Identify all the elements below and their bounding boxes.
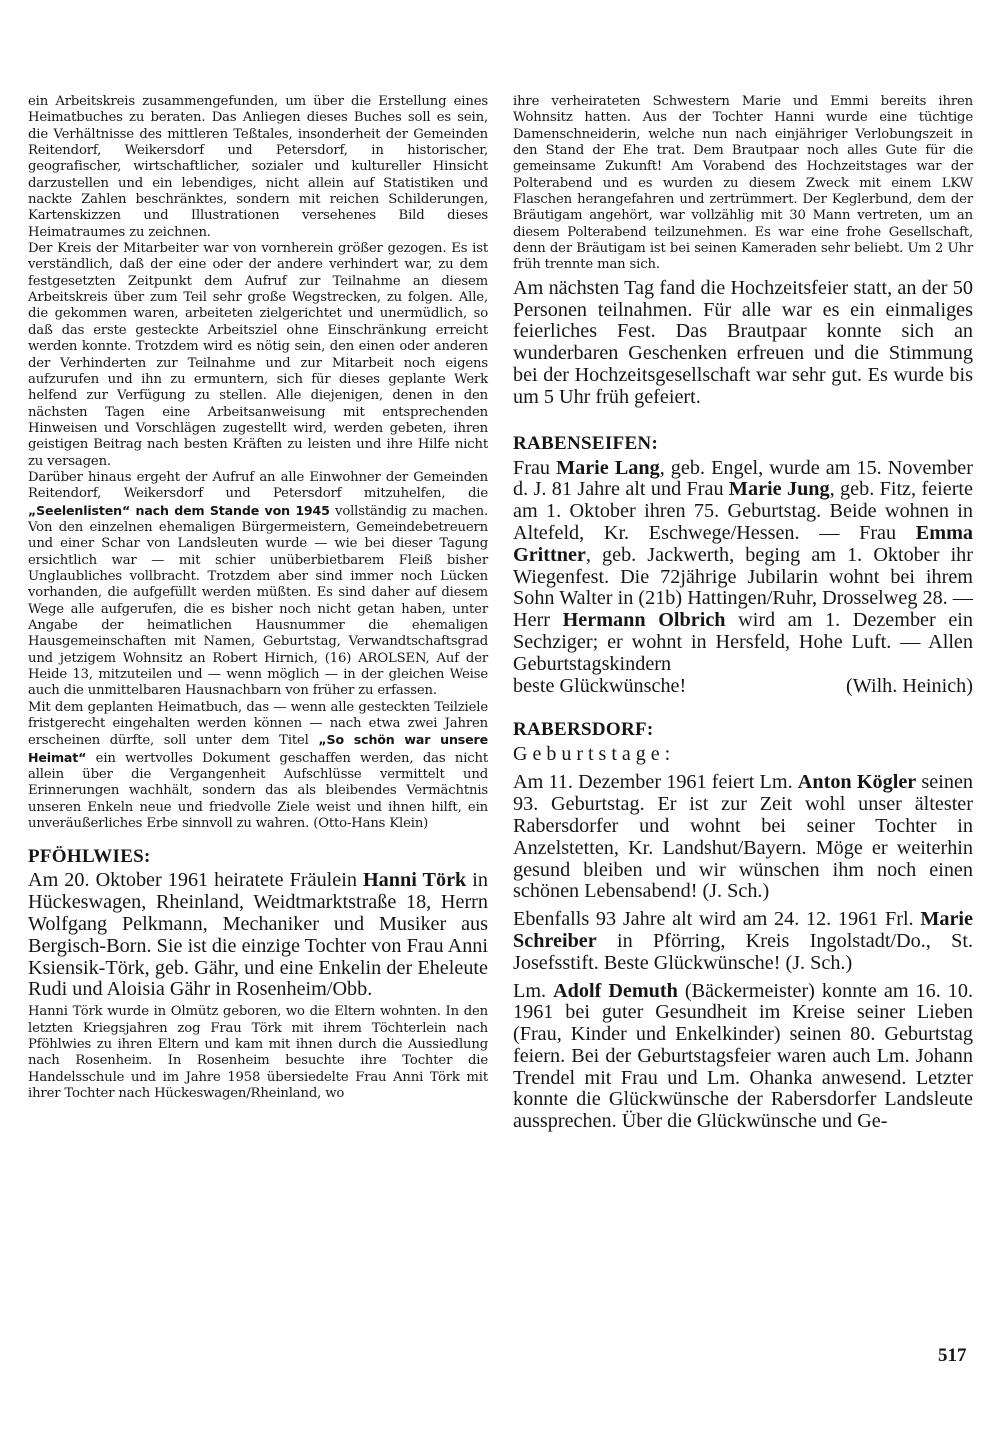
page-number: 517 [938, 1345, 967, 1367]
person-name: Marie Jung [729, 478, 830, 500]
pfoehlwies-continued: ihre verheirateten Schwestern Marie und … [513, 94, 973, 274]
rabersdorf-body: Am 11. Dezember 1961 feiert Lm. Anton Kö… [513, 772, 973, 1133]
birthday-entry: Am 11. Dezember 1961 feiert Lm. Anton Kö… [513, 772, 973, 903]
left-column: ein Arbeitskreis zusammengefunden, um üb… [28, 94, 488, 1102]
section-heading-rabersdorf: RABERSDORF: [513, 719, 973, 741]
birthday-entry: Lm. Adolf Demuth (Bäckermeister) konnte … [513, 981, 973, 1134]
person-name: Adolf Demuth [553, 980, 678, 1002]
person-name: Hanni Törk [363, 869, 466, 891]
section-heading-pfoehlwies: PFÖHLWIES: [28, 846, 488, 868]
pfoehlwies-lead: Am 20. Oktober 1961 heiratete Fräulein H… [28, 870, 488, 1001]
subheading-geburtstage: Geburtstage: [513, 743, 973, 766]
article-paragraph: ein Arbeitskreis zusammengefunden, um üb… [28, 94, 488, 241]
birthday-entry: Ebenfalls 93 Jahre alt wird am 24. 12. 1… [513, 909, 973, 974]
heimatbuch-article: ein Arbeitskreis zusammengefunden, um üb… [28, 94, 488, 832]
emphasis-seelenlisten: „Seelenlisten“ nach dem Stande von 1945 [28, 503, 330, 518]
article-paragraph: Der Kreis der Mitarbeiter war von vornhe… [28, 241, 488, 470]
pfoehlwies-body: Hanni Törk wurde in Olmütz geboren, wo d… [28, 1004, 488, 1102]
article-paragraph: Mit dem geplanten Heimatbuch, das — wenn… [28, 700, 488, 833]
article-paragraph: Darüber hinaus ergeht der Aufruf an alle… [28, 470, 488, 700]
closing-line: beste Glückwünsche! (Wilh. Heinich) [513, 676, 973, 698]
person-name: Marie Lang [556, 457, 660, 479]
rabenseifen-body: Frau Marie Lang, geb. Engel, wurde am 15… [513, 458, 973, 698]
section-heading-rabenseifen: RABENSEIFEN: [513, 433, 973, 455]
person-name: Anton Kögler [798, 771, 916, 793]
author-signature: (Wilh. Heinich) [846, 676, 973, 698]
person-name: Hermann Olbrich [563, 609, 726, 631]
wedding-celebration-paragraph: Am nächsten Tag fand die Hochzeitsfeier … [513, 278, 973, 409]
right-column: ihre verheirateten Schwestern Marie und … [513, 94, 973, 1133]
